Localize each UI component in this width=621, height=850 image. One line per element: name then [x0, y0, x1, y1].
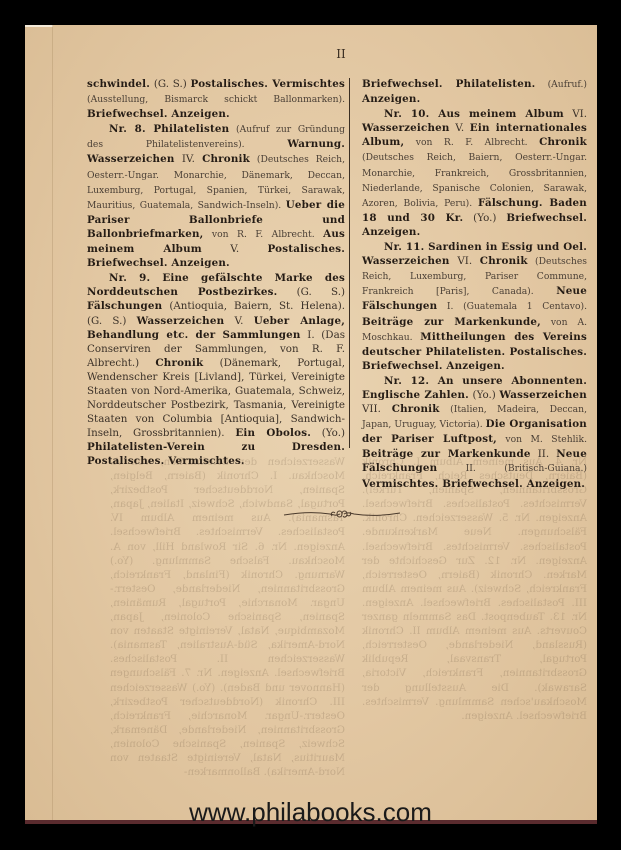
watermark-url: www.philabooks.com: [0, 797, 621, 828]
heading: Ein Obolos.: [235, 427, 311, 439]
issue-10: Nr. 10. Aus meinem Album VI. Wasserzeich…: [362, 107, 587, 239]
heading: schwindel.: [87, 78, 150, 90]
heading: Anzeigen.: [362, 93, 420, 105]
text: von R. F. Albrecht.: [203, 229, 323, 240]
heading: Chronik: [480, 255, 528, 267]
heading: Wasserzeichen: [362, 122, 450, 134]
text: IV.: [175, 153, 202, 165]
heading: Chronik: [202, 153, 250, 165]
text: (Yo.): [311, 427, 345, 439]
text: VI.: [564, 108, 587, 120]
issue-heading: Nr. 8. Philatelisten: [109, 123, 229, 135]
heading: Beiträge zur Markenkunde,: [362, 316, 541, 328]
right-column: Briefwechsel. Philatelisten. (Aufruf.) A…: [362, 77, 587, 491]
text: (Yo.): [469, 389, 499, 401]
text: VII.: [362, 403, 392, 415]
text: (G. S.): [150, 78, 190, 90]
text: (Aufruf.): [535, 79, 587, 90]
text: (Ausstellung, Bismarck schickt Ballonmar…: [87, 94, 345, 105]
text: V.: [450, 122, 470, 134]
bleed-through-text-left: Wasserzeichen der Briefmarken, von A. Mo…: [110, 455, 345, 779]
heading: Briefwechsel. Philatelisten.: [362, 78, 535, 90]
issue-8: Nr. 8. Philatelisten (Aufruf zur Gründun…: [87, 122, 345, 270]
text: von R. F. Albrecht.: [404, 137, 539, 148]
issue-9: Nr. 9. Eine gefälschte Marke des Norddeu…: [87, 271, 345, 468]
heading: Wasserzeichen: [137, 315, 225, 327]
heading: Briefwechsel. Anzeigen.: [87, 108, 230, 120]
heading: Chronik: [539, 136, 587, 148]
bleed-through-text-right: Nr. 4. Aus meinem Album I. Chronik (Baie…: [362, 455, 587, 723]
page-fold-line: [52, 25, 53, 823]
issue-11: Nr. 11. Sardinen in Essig und Oel. Wasse…: [362, 240, 587, 373]
text: I. (Guatemala 1 Centavo).: [437, 301, 587, 312]
left-column: schwindel. (G. S.) Postalisches. Vermisc…: [87, 77, 345, 469]
text: V.: [202, 243, 268, 255]
text: V.: [224, 315, 253, 327]
heading: Postalisches. Vermischtes: [191, 78, 345, 90]
heading: Chronik: [155, 357, 203, 369]
text: (Yo.): [463, 212, 506, 224]
heading: Chronik: [392, 403, 440, 415]
page-corner-highlight: [25, 25, 53, 27]
heading: Wasserzeichen: [499, 389, 587, 401]
text: (G. S.): [277, 286, 345, 298]
issue-9-continued: Briefwechsel. Philatelisten. (Aufruf.) A…: [362, 77, 587, 106]
issue-7-continued: schwindel. (G. S.) Postalisches. Vermisc…: [87, 77, 345, 121]
column-divider: [349, 78, 350, 448]
page-number: II: [326, 47, 356, 61]
heading: Fälschungen: [87, 300, 162, 312]
text: VI.: [450, 255, 480, 267]
issue-heading: Nr. 10. Aus meinem Album: [384, 108, 564, 120]
text: von M. Stehlik.: [497, 434, 587, 445]
flourish-ornament-icon: [282, 506, 402, 522]
